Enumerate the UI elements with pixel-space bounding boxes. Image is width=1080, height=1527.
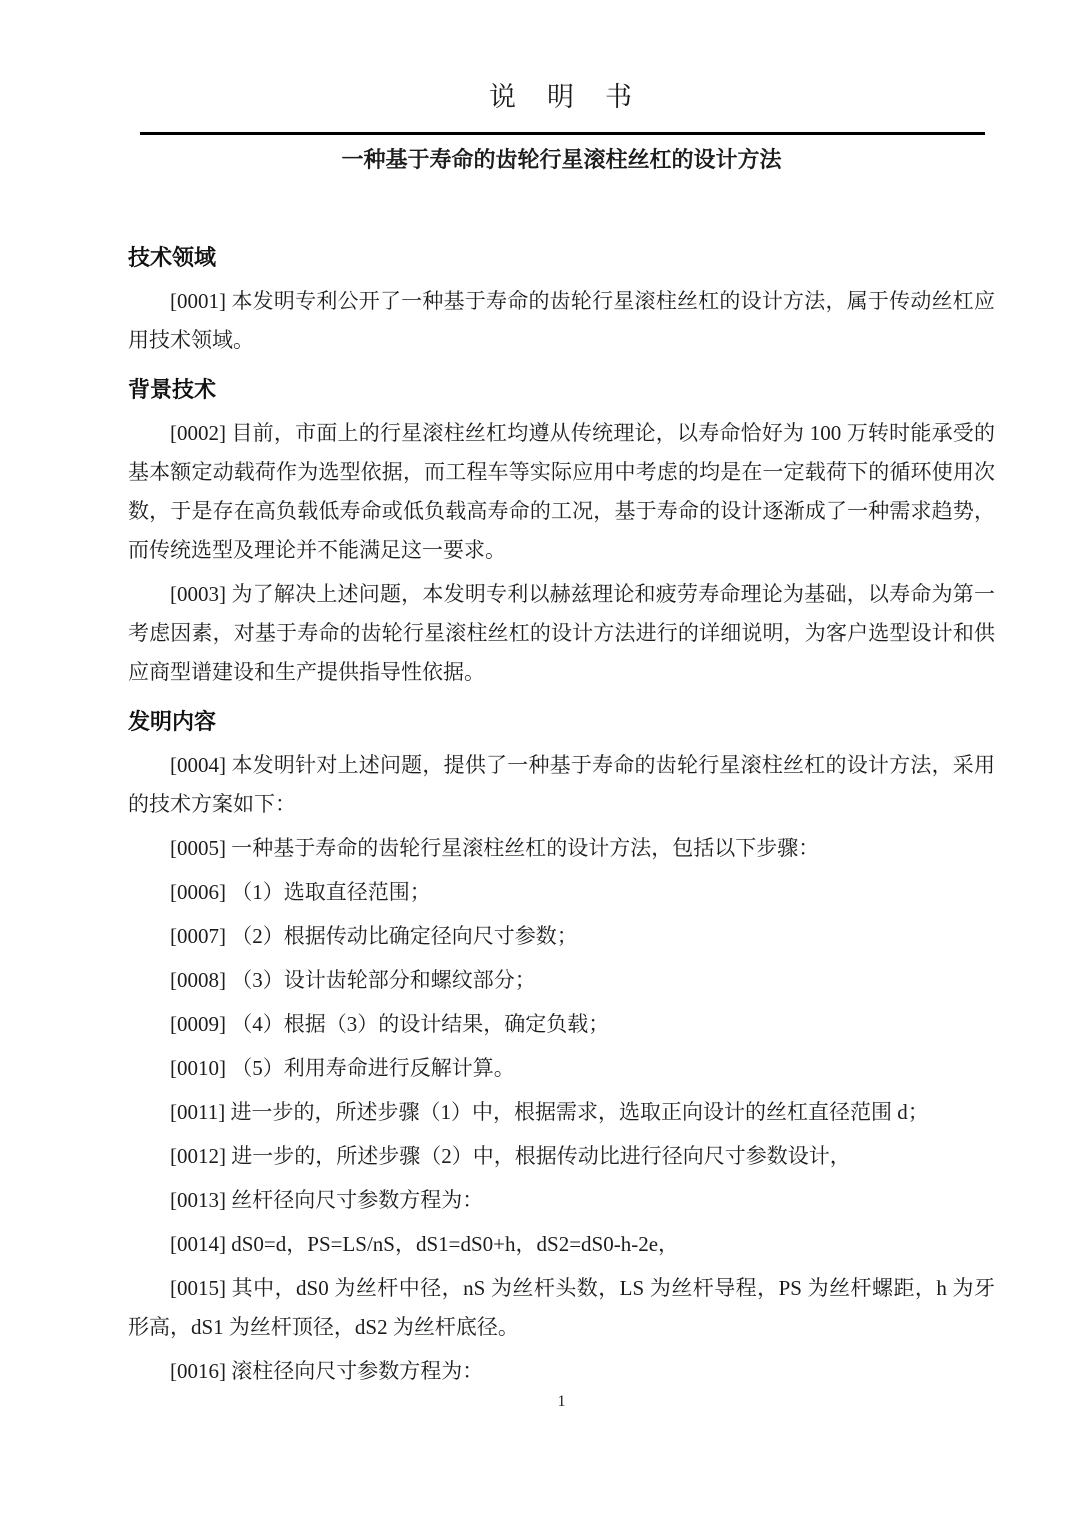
paragraph-0005: [0005] 一种基于寿命的齿轮行星滚柱丝杠的设计方法，包括以下步骤： [128, 829, 995, 868]
paragraph-0006: [0006] （1）选取直径范围； [128, 873, 995, 912]
paragraph-0011: [0011] 进一步的，所述步骤（1）中，根据需求，选取正向设计的丝杠直径范围 … [128, 1093, 995, 1132]
patent-specification-page: 说 明 书 一种基于寿命的齿轮行星滚柱丝杠的设计方法 技术领域 [0001] 本… [0, 0, 1080, 1527]
paragraph-0009: [0009] （4）根据（3）的设计结果，确定负载； [128, 1005, 995, 1044]
document-body: 技术领域 [0001] 本发明专利公开了一种基于寿命的齿轮行星滚柱丝杠的设计方法… [128, 173, 995, 1391]
paragraph-0014: [0014] dS0=d，PS=LS/nS，dS1=dS0+h，dS2=dS0-… [128, 1225, 995, 1264]
section-background-art: 背景技术 [0002] 目前，市面上的行星滚柱丝杠均遵从传统理论，以寿命恰好为 … [128, 374, 995, 692]
invention-title: 一种基于寿命的齿轮行星滚柱丝杠的设计方法 [128, 147, 995, 173]
section-invention-content: 发明内容 [0004] 本发明针对上述问题，提供了一种基于寿命的齿轮行星滚柱丝杠… [128, 706, 995, 1391]
paragraph-0007: [0007] （2）根据传动比确定径向尺寸参数； [128, 917, 995, 956]
paragraph-0008: [0008] （3）设计齿轮部分和螺纹部分； [128, 961, 995, 1000]
page-header: 说 明 书 一种基于寿命的齿轮行星滚柱丝杠的设计方法 [0, 0, 1080, 173]
document-type-header: 说 明 书 [128, 0, 995, 112]
paragraph-0015: [0015] 其中，dS0 为丝杆中径，nS 为丝杆头数，LS 为丝杆导程，PS… [128, 1269, 995, 1347]
page-footer: 1 [128, 1392, 995, 1412]
paragraph-0010: [0010] （5）利用寿命进行反解计算。 [128, 1049, 995, 1088]
paragraph-0016: [0016] 滚柱径向尺寸参数方程为： [128, 1352, 995, 1391]
section-heading-background-art: 背景技术 [128, 374, 995, 405]
section-technical-field: 技术领域 [0001] 本发明专利公开了一种基于寿命的齿轮行星滚柱丝杠的设计方法… [128, 242, 995, 360]
paragraph-0004: [0004] 本发明针对上述问题，提供了一种基于寿命的齿轮行星滚柱丝杠的设计方法… [128, 746, 995, 824]
page-number: 1 [558, 1393, 566, 1410]
paragraph-0003: [0003] 为了解决上述问题，本发明专利以赫兹理论和疲劳寿命理论为基础，以寿命… [128, 575, 995, 692]
header-divider [140, 132, 985, 135]
paragraph-0013: [0013] 丝杆径向尺寸参数方程为： [128, 1181, 995, 1220]
paragraph-0002: [0002] 目前，市面上的行星滚柱丝杠均遵从传统理论，以寿命恰好为 100 万… [128, 414, 995, 570]
paragraph-0001: [0001] 本发明专利公开了一种基于寿命的齿轮行星滚柱丝杠的设计方法，属于传动… [128, 282, 995, 360]
section-heading-invention-content: 发明内容 [128, 706, 995, 737]
paragraph-0012: [0012] 进一步的，所述步骤（2）中，根据传动比进行径向尺寸参数设计， [128, 1137, 995, 1176]
section-heading-technical-field: 技术领域 [128, 242, 995, 273]
